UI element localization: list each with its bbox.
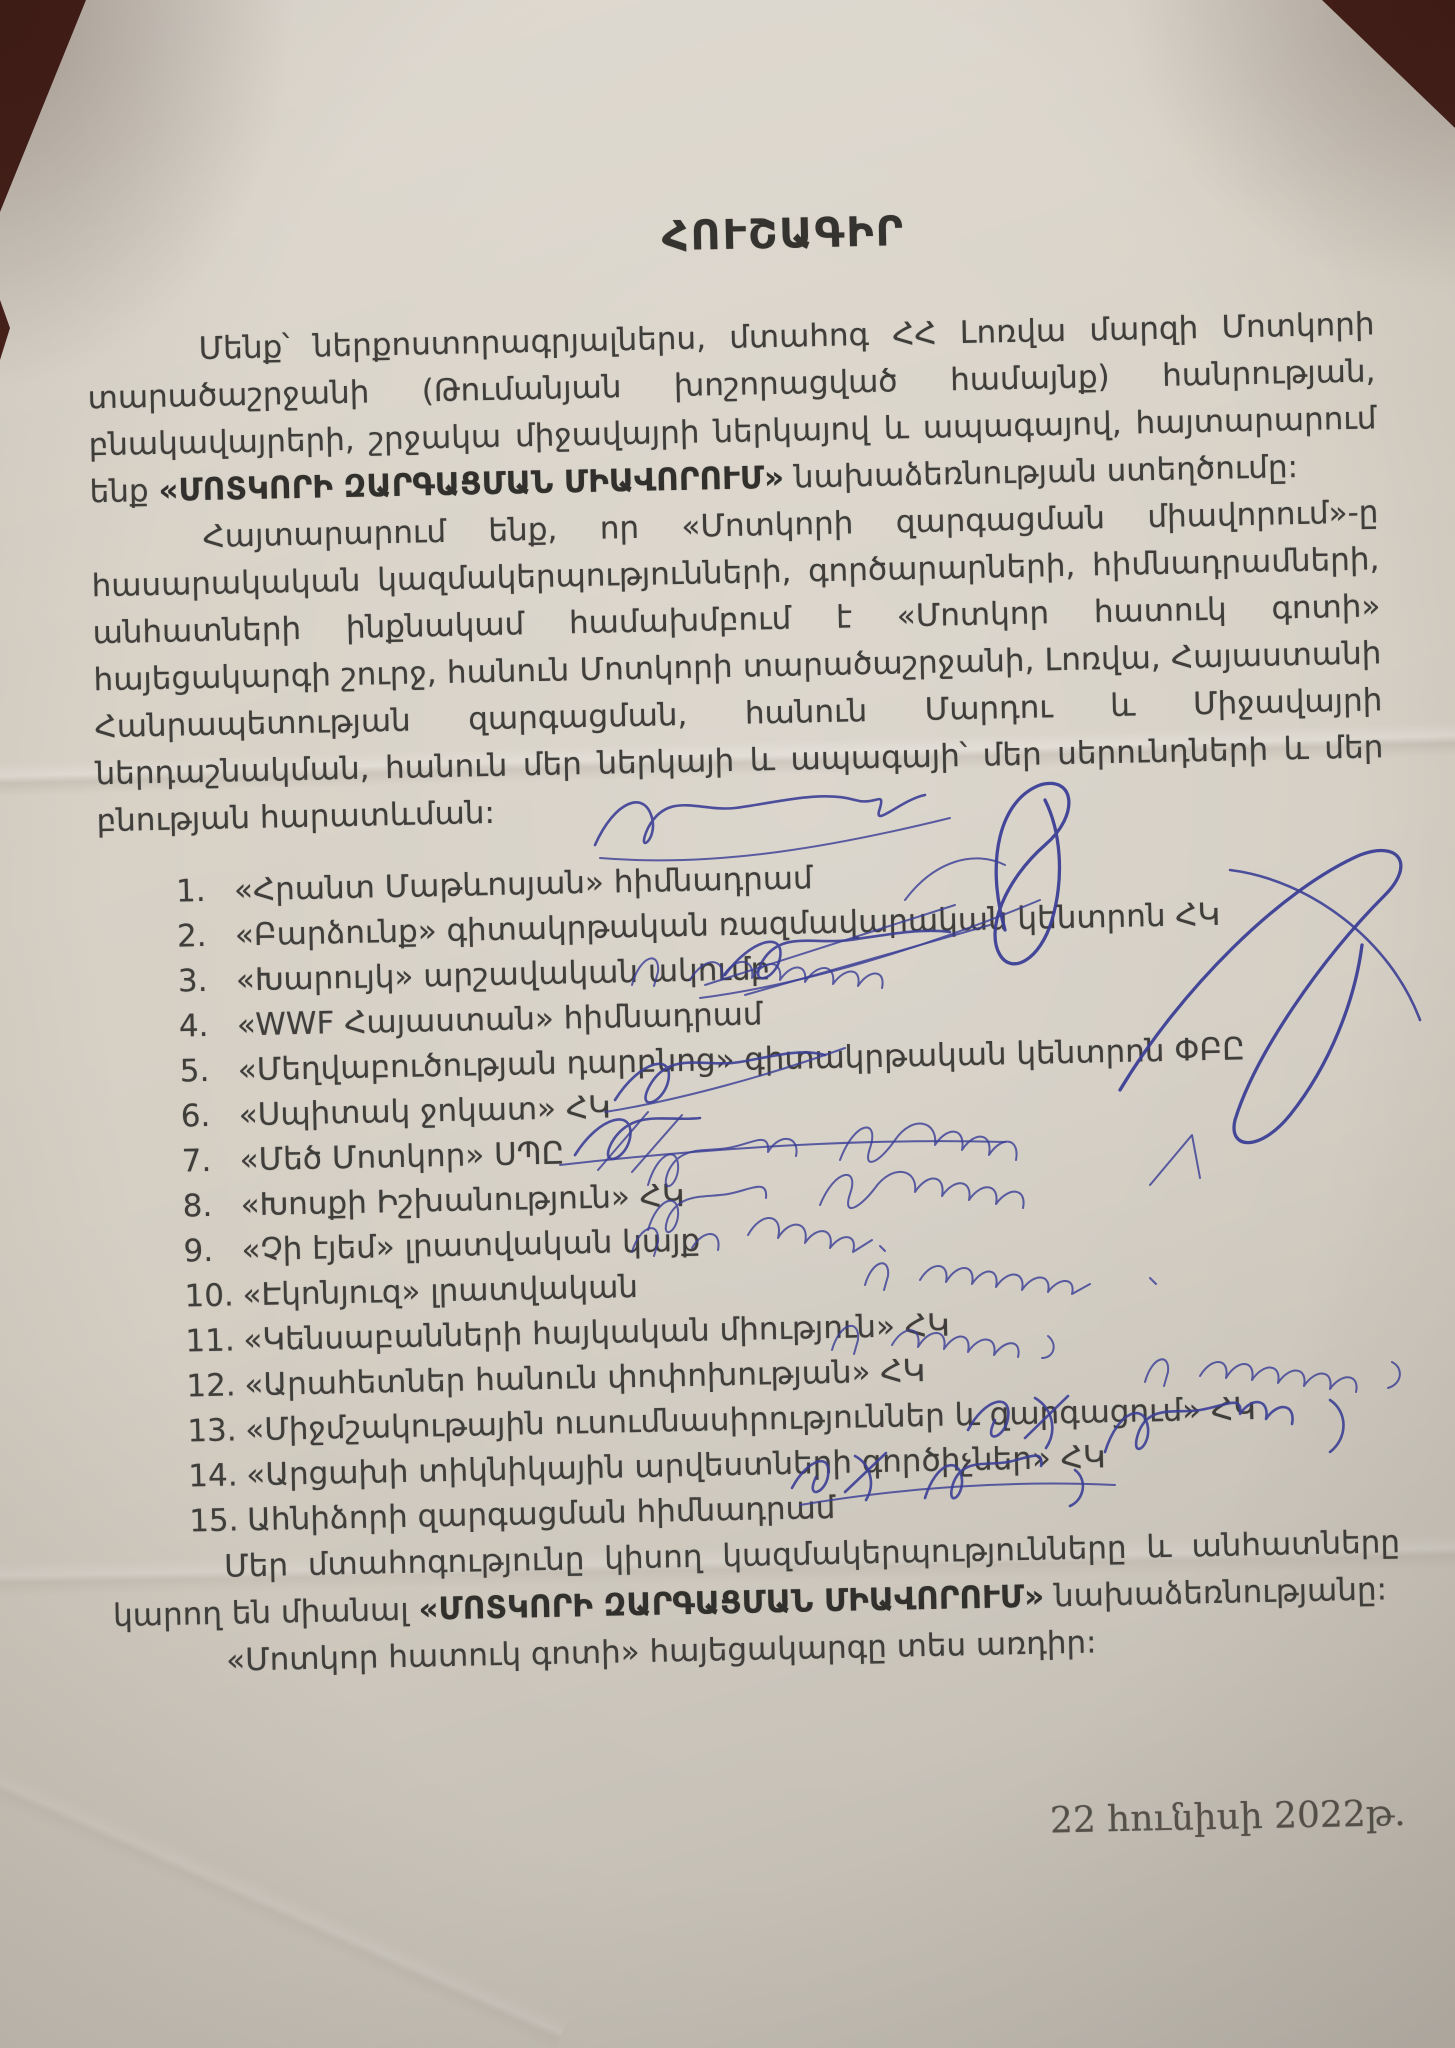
signatory-number: 7. — [181, 1138, 240, 1184]
signatory-number: 6. — [180, 1093, 239, 1139]
initiative-name-bold: «ՄՈՏԿՈՐԻ ԶԱՐԳԱՑՄԱՆ ՄԻԱՎՈՐՈՒՄ» — [158, 460, 784, 509]
document-title: ՀՈՒՇԱԳԻՐ — [139, 197, 1428, 271]
intro-paragraph: Մենք՝ ներքոստորագրյալներս, մտահոգ ՀՀ Լոռ… — [86, 301, 1378, 516]
document-photo: ՀՈՒՇԱԳԻՐ Մենք՝ ներքոստորագրյալներս, մտահ… — [0, 0, 1455, 2048]
closing-text-end: նախաձեռնությանը: — [1044, 1571, 1388, 1614]
signatory-number: 12. — [186, 1363, 245, 1409]
signatory-number: 4. — [178, 1003, 237, 1049]
signatory-number: 15. — [189, 1498, 248, 1544]
signatory-number: 5. — [179, 1048, 238, 1094]
initiative-name-bold: «ՄՈՏԿՈՐԻ ԶԱՐԳԱՑՄԱՆ ՄԻԱՎՈՐՈՒՄ» — [418, 1579, 1044, 1628]
signatory-list: 1.«Հրանտ Մաթևոսյան» հիմնադրամ 2.«Բարձուն… — [176, 844, 1400, 1544]
intro-text-end: նախաձեռնության ստեղծումը: — [784, 449, 1299, 496]
document-body: ՀՈՒՇԱԳԻՐ Մենք՝ ներքոստորագրյալներս, մտահ… — [0, 0, 1455, 1866]
signatory-number: 1. — [176, 868, 235, 914]
signatory-number: 14. — [188, 1453, 247, 1499]
signatory-number: 2. — [177, 913, 236, 959]
signatory-number: 8. — [182, 1183, 241, 1229]
signatory-number: 13. — [187, 1408, 246, 1454]
signatory-number: 11. — [185, 1318, 244, 1364]
signatory-number: 9. — [183, 1228, 242, 1274]
declaration-paragraph: Հայտարարում ենք, որ «Մոտկորի զարգացման մ… — [90, 489, 1385, 845]
signatory-number: 3. — [177, 958, 236, 1004]
signatory-number: 10. — [184, 1273, 243, 1319]
